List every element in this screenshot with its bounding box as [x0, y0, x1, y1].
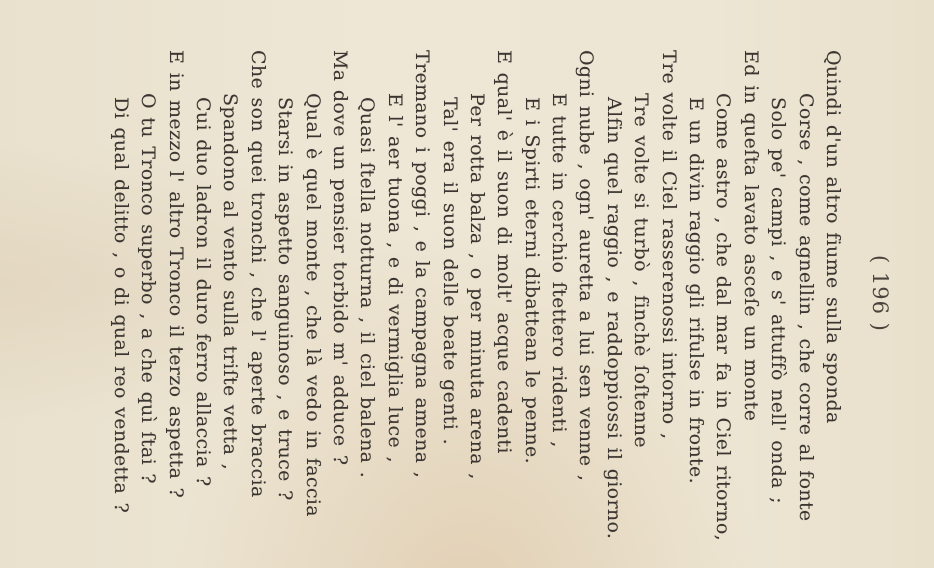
- scanned-book-page: ( 196 ) Quindi d'un altro fiume sulla sp…: [0, 0, 934, 568]
- verse-line: O tu Tronco superbo , a che quì ſtai ?: [134, 0, 161, 568]
- verse-line: Tre volte si turbò , finchè ſoſtenne: [627, 0, 654, 568]
- verse-line: E l' aer tuona , e di vermiglia luce ,: [380, 0, 407, 568]
- verse-line: Starsi in aspetto sanguinoso , e truce ?: [271, 0, 298, 568]
- verse-line: Per rotta balza , o per minuta arena ,: [463, 0, 490, 568]
- rotated-page: ( 196 ) Quindi d'un altro fiume sulla sp…: [0, 0, 934, 568]
- poem-verse-block: Quindi d'un altro fiume sulla sponda Cor…: [106, 0, 846, 568]
- verse-line: Tal' era il suon delle beate genti .: [435, 0, 462, 568]
- verse-line: Solo pe' campi , e s' attuffò nell' onda…: [764, 0, 791, 568]
- verse-line: E un divin raggio gli rifulse in fronte.: [682, 0, 709, 568]
- verse-line: Spandono al vento sulla triſte vetta ,: [216, 0, 243, 568]
- verse-line: Alfin quel raggio , e raddoppiossi il gi…: [599, 0, 626, 568]
- page-number: ( 196 ): [868, 255, 892, 332]
- verse-line: E tutte in cerchio ſtettero ridenti ,: [545, 0, 572, 568]
- verse-line: Quindi d'un altro fiume sulla sponda: [819, 0, 846, 568]
- verse-line: Tremano i poggi , e la campagna amena ,: [408, 0, 435, 568]
- verse-line: Qual è quel monte , che là vedo in facci…: [298, 0, 325, 568]
- verse-line: Di qual delitto , o di qual reo vendetta…: [106, 0, 133, 568]
- verse-line: Come astro , che dal mar fa in Ciel rito…: [709, 0, 736, 568]
- verse-line: Ed in queſta lavato asceſe un monte: [736, 0, 763, 568]
- verse-line: Tre volte il Ciel rasserenossi intorno ,: [654, 0, 681, 568]
- verse-line: Cui duo ladron il duro ferro allaccia ?: [189, 0, 216, 568]
- verse-line: E qual' è il suon di molt' acque cadenti: [490, 0, 517, 568]
- verse-line: E i Spirti eterni dibattean le penne.: [517, 0, 544, 568]
- verse-line: Ogni nube , ogn' auretta a lui sen venne…: [572, 0, 599, 568]
- verse-line: Corse , come agnellin , che corre al fon…: [791, 0, 818, 568]
- verse-line: Quasi ſtella notturna , il ciel balena .: [353, 0, 380, 568]
- verse-line: Ma dove un pensier torbido m' adduce ?: [326, 0, 353, 568]
- verse-line: Che son quei tronchi , che l' aperte bra…: [243, 0, 270, 568]
- verse-line: E in mezzo l' altro Tronco il terzo aspe…: [161, 0, 188, 568]
